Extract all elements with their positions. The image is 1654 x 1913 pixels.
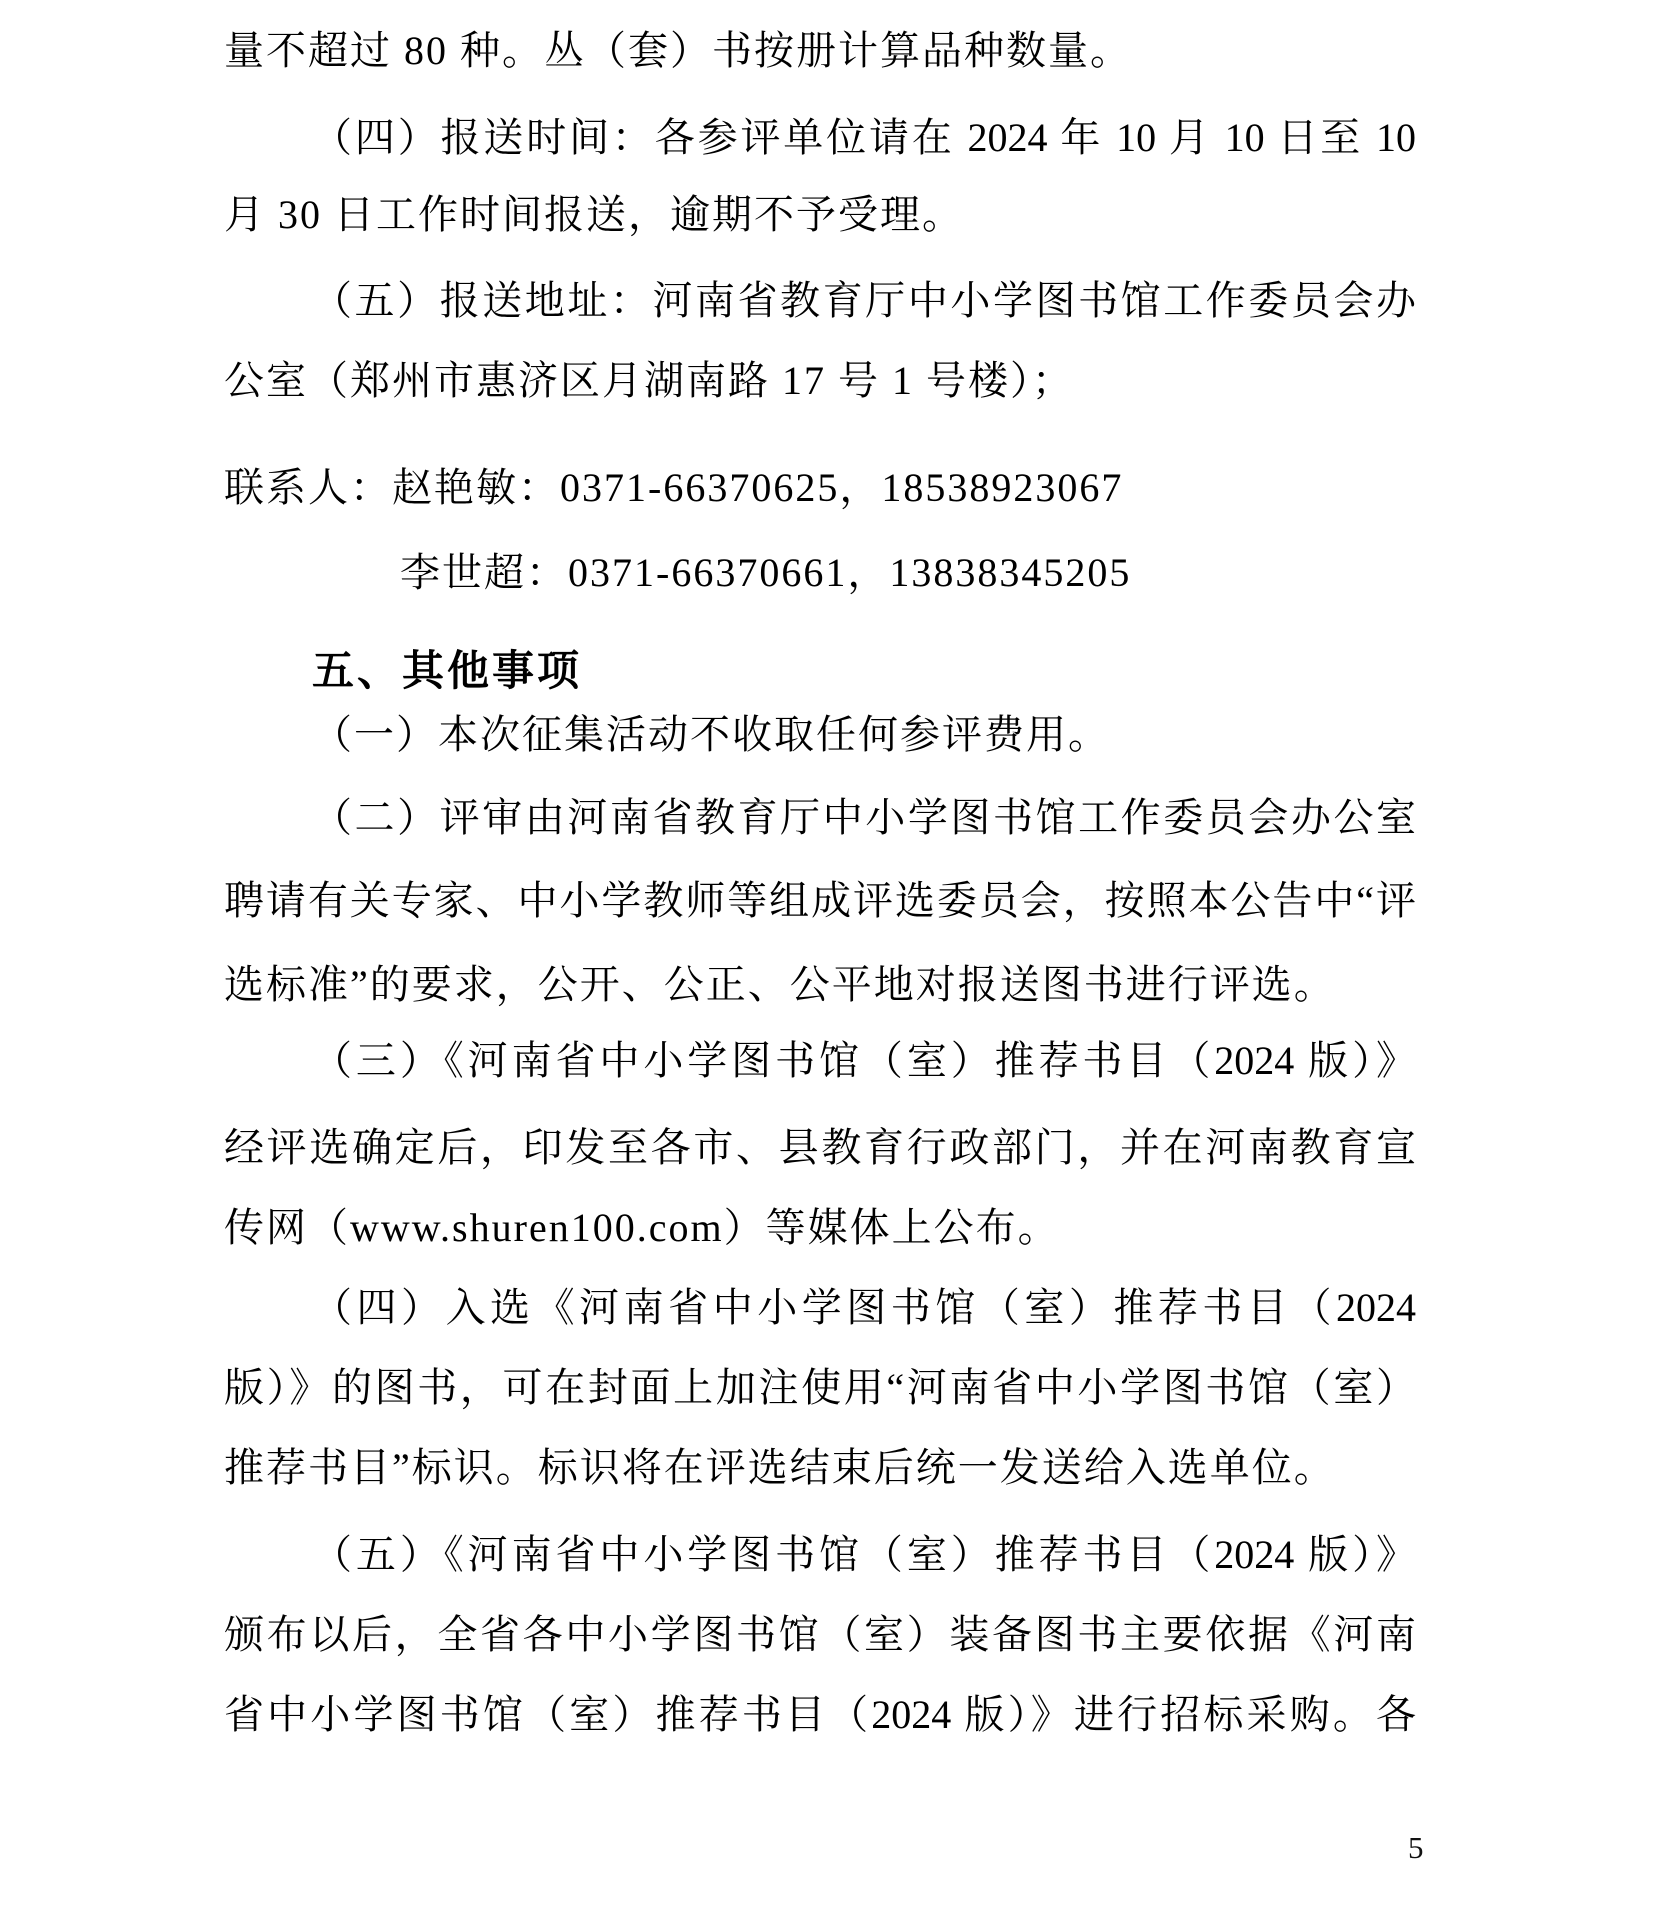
section-heading: 五、其他事项: [224, 645, 1416, 697]
text-line-20: 颁布以后，全省各中小学图书馆（室）装备图书主要依据《河南: [224, 1610, 1416, 1660]
text-line-16: （四）入选《河南省中小学图书馆（室）推荐书目（2024: [224, 1283, 1416, 1333]
text-line-01: 量不超过 80 种。丛（套）书按册计算品种数量。: [224, 26, 1416, 76]
text-line-12: 选标准”的要求，公开、公正、公平地对报送图书进行评选。: [224, 960, 1416, 1010]
page-number: 5: [1408, 1830, 1424, 1866]
document-page: 量不超过 80 种。丛（套）书按册计算品种数量。 （四）报送时间：各参评单位请在…: [0, 0, 1654, 1913]
text-line-09: （一）本次征集活动不收取任何参评费用。: [224, 710, 1416, 760]
text-line-19: （五）《河南省中小学图书馆（室）推荐书目（2024 版）》: [224, 1530, 1416, 1580]
text-line-06-contact-1: 联系人：赵艳敏：0371-66370625，18538923067: [224, 463, 1416, 513]
text-line-11: 聘请有关专家、中小学教师等组成评选委员会，按照本公告中“评: [224, 876, 1416, 926]
text-line-07-contact-2: 李世超：0371-66370661，13838345205: [224, 548, 1416, 598]
text-line-03: 月 30 日工作时间报送，逾期不予受理。: [224, 190, 1416, 240]
text-line-18: 推荐书目”标识。标识将在评选结束后统一发送给入选单位。: [224, 1443, 1416, 1493]
text-line-15: 传网（www.shuren100.com）等媒体上公布。: [224, 1203, 1416, 1253]
text-line-04: （五）报送地址：河南省教育厅中小学图书馆工作委员会办: [224, 276, 1416, 326]
text-line-05: 公室（郑州市惠济区月湖南路 17 号 1 号楼）；: [224, 356, 1416, 406]
text-line-13: （三）《河南省中小学图书馆（室）推荐书目（2024 版）》: [224, 1036, 1416, 1086]
text-line-14: 经评选确定后，印发至各市、县教育行政部门，并在河南教育宣: [224, 1123, 1416, 1173]
text-line-10: （二）评审由河南省教育厅中小学图书馆工作委员会办公室: [224, 793, 1416, 843]
text-line-17: 版）》的图书，可在封面上加注使用“河南省中小学图书馆（室）: [224, 1363, 1416, 1413]
text-line-02: （四）报送时间：各参评单位请在 2024 年 10 月 10 日至 10: [224, 113, 1416, 163]
text-line-21: 省中小学图书馆（室）推荐书目（2024 版）》进行招标采购。各: [224, 1690, 1416, 1740]
